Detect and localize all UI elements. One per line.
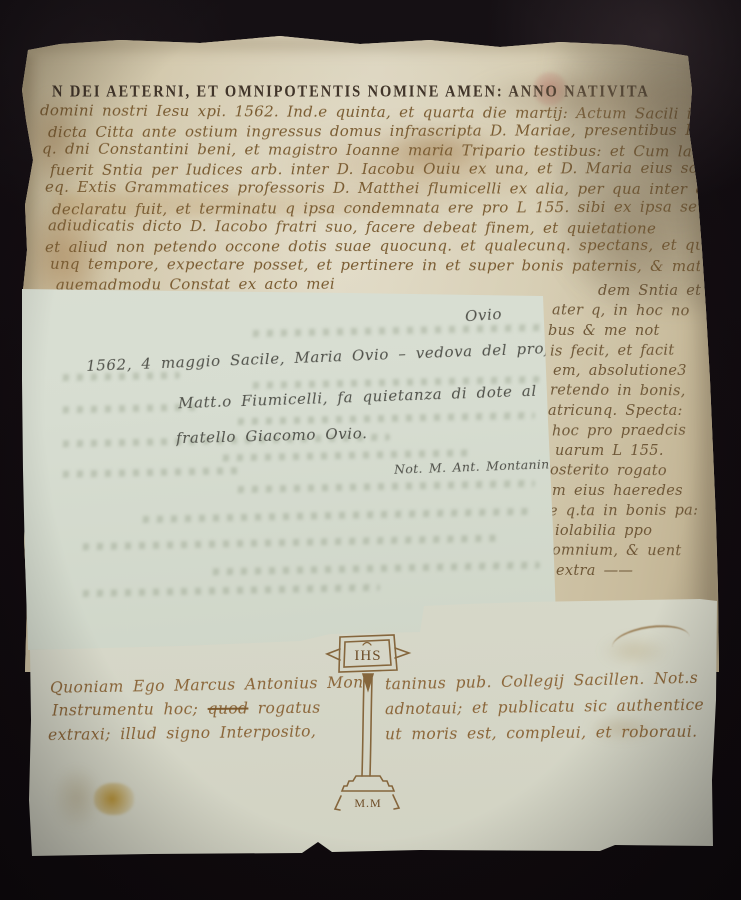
notary-left-line: extraxi; illud signo Interposito, [48,722,358,744]
right-column-line: retendo in bonis, [550,382,718,402]
bleedthrough-line [210,562,540,576]
manuscript-line: q. dni Constantini beni, et magistro Ioa… [42,140,692,162]
bleedthrough-line [140,508,530,523]
notary-right-line: adnotaui; et publicatu sic authentice [385,696,715,719]
right-column-line: is fecit, et facit [550,341,718,361]
struck-word: quod [208,700,249,718]
photograph-of-notarial-document: N DEI AETERNI, ET OMNIPOTENTIS NOMINE AM… [0,0,741,900]
bleedthrough-line [80,535,500,551]
pen-flourish [610,621,692,664]
note-line: fratello Giacomo Ovio. [176,423,426,448]
notarial-mark-ihs-column: IHS M.M [323,628,413,813]
manuscript-line: eq. Extis Grammatices professoris D. Mat… [45,178,700,199]
right-column-line: m eius haeredes [552,482,718,501]
right-column-line: em, absolutione3 [553,362,718,381]
notary-left-line-post: rogatus [248,699,320,718]
invocation-header: N DEI AETERNI, ET OMNIPOTENTIS NOMINE AM… [52,83,697,103]
right-column-line: uarum L 155. [555,442,718,461]
right-column-line: osterito rogato [550,461,718,481]
note-corner-word: Ovio [464,303,535,326]
bleedthrough-line [250,324,550,337]
right-column-line: e q.ta in bonis pa: [549,502,718,522]
manuscript-line: et aliud non petendo occone dotis suae q… [45,236,700,257]
stain [94,783,134,815]
right-column-line: extra —— [556,562,718,581]
ihs-monogram: IHS [354,648,381,664]
patina-shading [25,38,695,58]
right-column-line: bus & me not [548,322,718,341]
right-column-line: dem Sntia et [598,282,718,301]
right-column-line: hoc pro praedcis [552,422,718,442]
right-column-line: omnium, & uent [552,542,718,562]
manuscript-line: fuerit Sntia per Iudices arb. inter D. I… [50,159,700,180]
stain [52,765,102,830]
notary-right-line: ut moris est, compleui, et roboraui. [385,723,710,744]
bleedthrough-line [60,467,240,478]
bleedthrough-line [235,480,535,493]
bleedthrough-line [80,584,380,597]
mm-initials: M.M [354,796,381,810]
right-column-line: ater q, in hoc no [552,301,718,321]
manuscript-line: unq tempore, expectare posset, et pertin… [50,255,700,276]
manuscript-line: dicta Citta ante ostium ingressus domus … [48,121,703,142]
notary-left-line: Instrumentu hoc; quod rogatus [52,698,352,719]
right-column-line: atricunq. Specta: [548,402,718,421]
notary-left-line-pre: Instrumentu hoc; [52,700,208,720]
right-column-line: iolabilia ppo [555,522,718,541]
notary-right-line: taninus pub. Collegij Sacillen. Not.s [385,669,715,694]
note-line: 1562, 4 maggio Sacile, Maria Ovio – vedo… [86,339,554,375]
note-signature: Not. M. Ant. Montanino. [394,456,554,477]
